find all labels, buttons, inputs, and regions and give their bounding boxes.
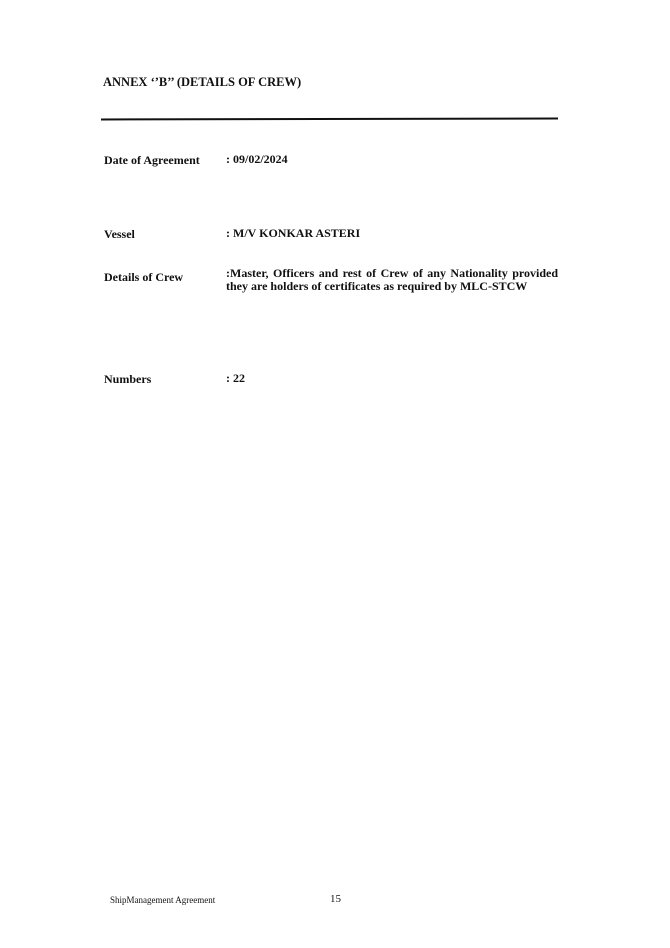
details-of-crew-label: Details of Crew: [104, 270, 183, 285]
details-of-crew-value: :Master, Officers and rest of Crew of an…: [226, 267, 558, 293]
date-of-agreement-label: Date of Agreement: [104, 153, 200, 168]
date-of-agreement-value: : 09/02/2024: [226, 152, 288, 167]
page-number: 15: [330, 893, 341, 905]
annex-title: ANNEX ‘’B’’ (DETAILS OF CREW): [103, 75, 301, 90]
vessel-value: : M/V KONKAR ASTERI: [226, 226, 360, 241]
footer-document-name: ShipManagement Agreement: [110, 895, 215, 905]
vessel-label: Vessel: [104, 227, 135, 242]
numbers-label: Numbers: [104, 372, 151, 387]
title-divider: [101, 118, 558, 121]
numbers-value: : 22: [226, 371, 245, 386]
